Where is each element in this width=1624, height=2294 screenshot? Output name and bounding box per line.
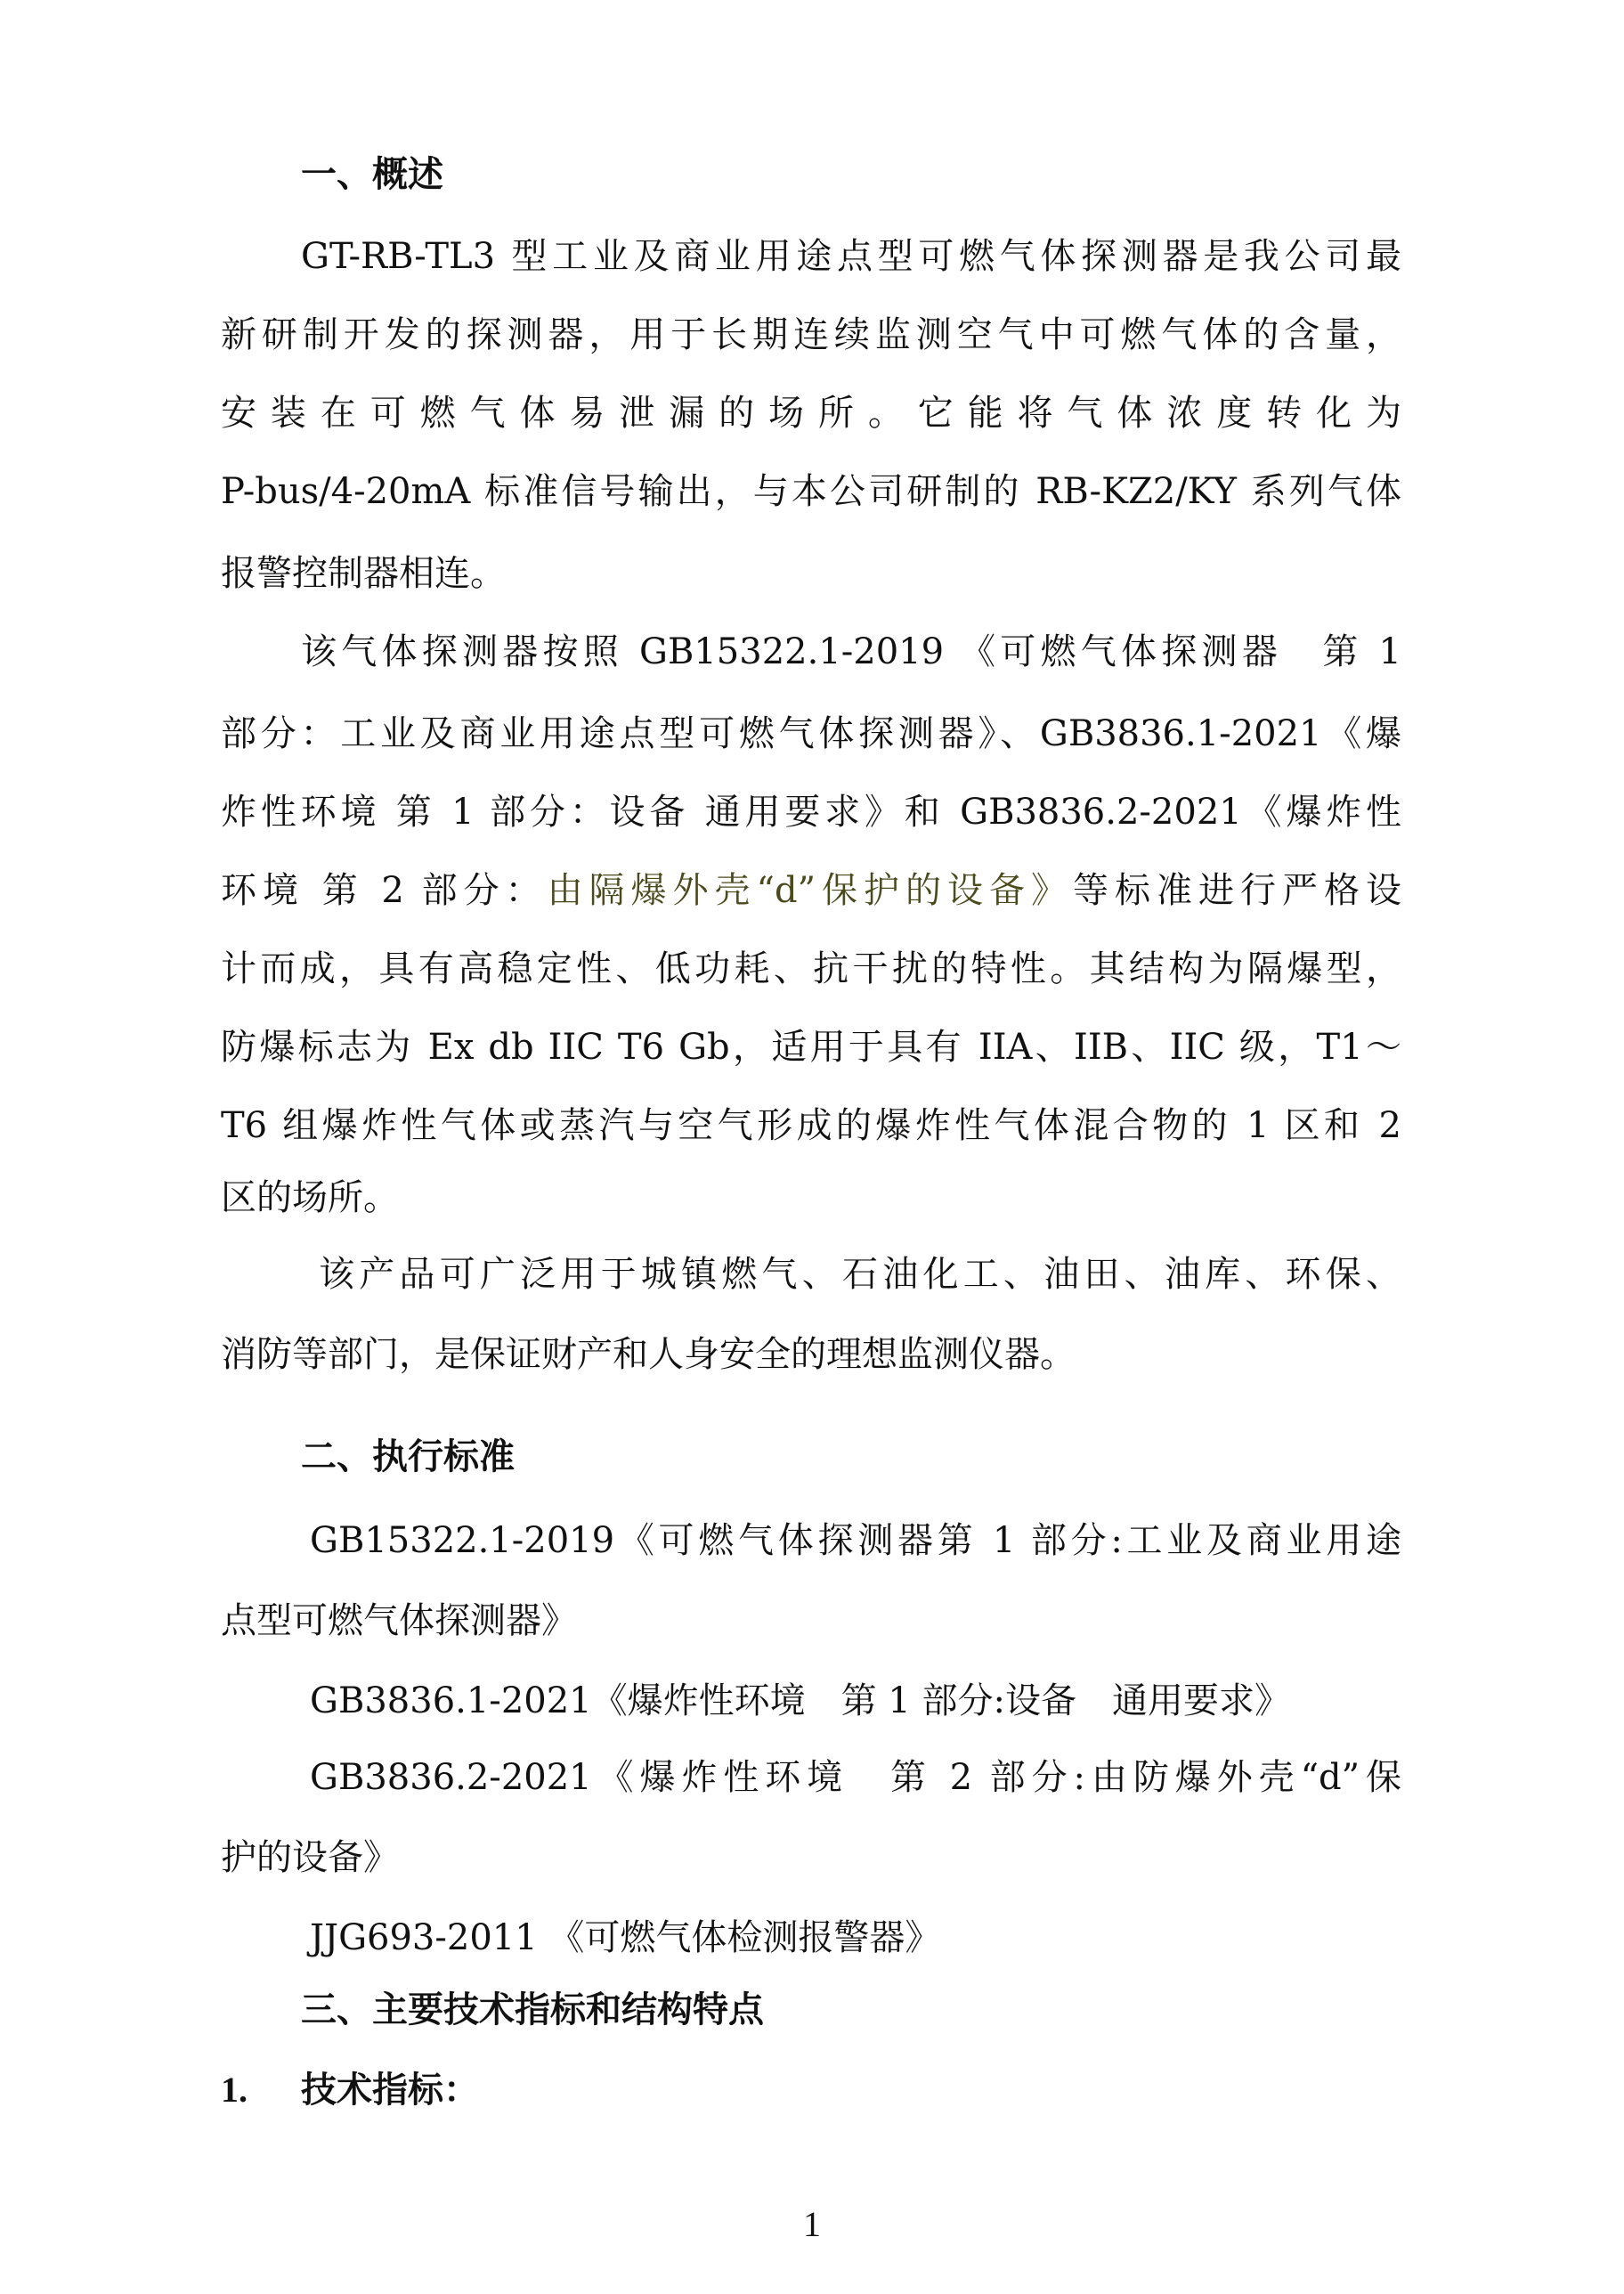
paragraph-line: 安装在可燃气体易泄漏的场所。它能将气体浓度转化为 (221, 392, 1401, 435)
subsection-heading-tech-specs: 技术指标： (301, 2069, 479, 2111)
section-heading-standards: 二、执行标准 (301, 1436, 515, 1478)
paragraph-line: T6 组爆炸性气体或蒸汽与空气形成的爆炸性气体混合物的 1 区和 2 (221, 1104, 1401, 1147)
document-page: 一、概述 GT-RB-TL3 型工业及商业用途点型可燃气体探测器是我公司最 新研… (0, 0, 1624, 2294)
paragraph-line: 消防等部门，是保证财产和人身安全的理想监测仪器。 (221, 1333, 1076, 1376)
paragraph-line: 计而成，具有高稳定性、低功耗、抗干扰的特性。其结构为隔爆型， (221, 948, 1401, 990)
paragraph-line: 防爆标志为 Ex db IIC T6 Gb，适用于具有 IIA、IIB、IIC … (221, 1026, 1401, 1069)
paragraph-line: 报警控制器相连。 (221, 552, 506, 595)
standard-item-continuation: 护的设备》 (221, 1836, 399, 1879)
paragraph-line: 该产品可广泛用于城镇燃气、石油化工、油田、油库、环保、 (319, 1253, 1401, 1296)
section-heading-overview: 一、概述 (301, 153, 443, 196)
section-heading-specs: 三、主要技术指标和结构特点 (301, 1989, 764, 2031)
paragraph-line: 区的场所。 (221, 1176, 399, 1219)
paragraph-line: GT-RB-TL3 型工业及商业用途点型可燃气体探测器是我公司最 (301, 235, 1401, 278)
paragraph-line: 该气体探测器按照 GB15322.1-2019 《可燃气体探测器 第 1 (301, 630, 1401, 673)
paragraph-line-mixed: 环境 第 2 部分：由隔爆外壳“d”保护的设备》等标准进行严格设 (221, 869, 1401, 912)
text-segment: 环境 第 2 部分： (221, 870, 548, 911)
standard-item: GB15322.1-2019《可燃气体探测器第 1 部分:工业及商业用途 (310, 1519, 1401, 1562)
paragraph-line: P-bus/4-20mA 标准信号输出，与本公司研制的 RB-KZ2/KY 系列… (221, 470, 1401, 513)
paragraph-line: 新研制开发的探测器，用于长期连续监测空气中可燃气体的含量， (221, 313, 1401, 356)
subsection-number: 1. (221, 2069, 248, 2111)
page-number: 1 (0, 2203, 1624, 2245)
standard-item: GB3836.1-2021《爆炸性环境 第 1 部分:设备 通用要求》 (310, 1680, 1290, 1722)
paragraph-line: 部分：工业及商业用途点型可燃气体探测器》、GB3836.1-2021《爆 (221, 712, 1401, 755)
highlighted-text-segment: 由隔爆外壳“d”保护的设备》 (548, 870, 1073, 911)
standard-item-continuation: 点型可燃气体探测器》 (221, 1599, 577, 1642)
paragraph-line: 炸性环境 第 1 部分：设备 通用要求》和 GB3836.2-2021《爆炸性 (221, 791, 1401, 834)
standard-item: JJG693-2011 《可燃气体检测报警器》 (310, 1916, 940, 1959)
standard-item: GB3836.2-2021《爆炸性环境 第 2 部分:由防爆外壳“d”保 (310, 1756, 1401, 1799)
text-segment: 等标准进行严格设 (1073, 870, 1401, 911)
